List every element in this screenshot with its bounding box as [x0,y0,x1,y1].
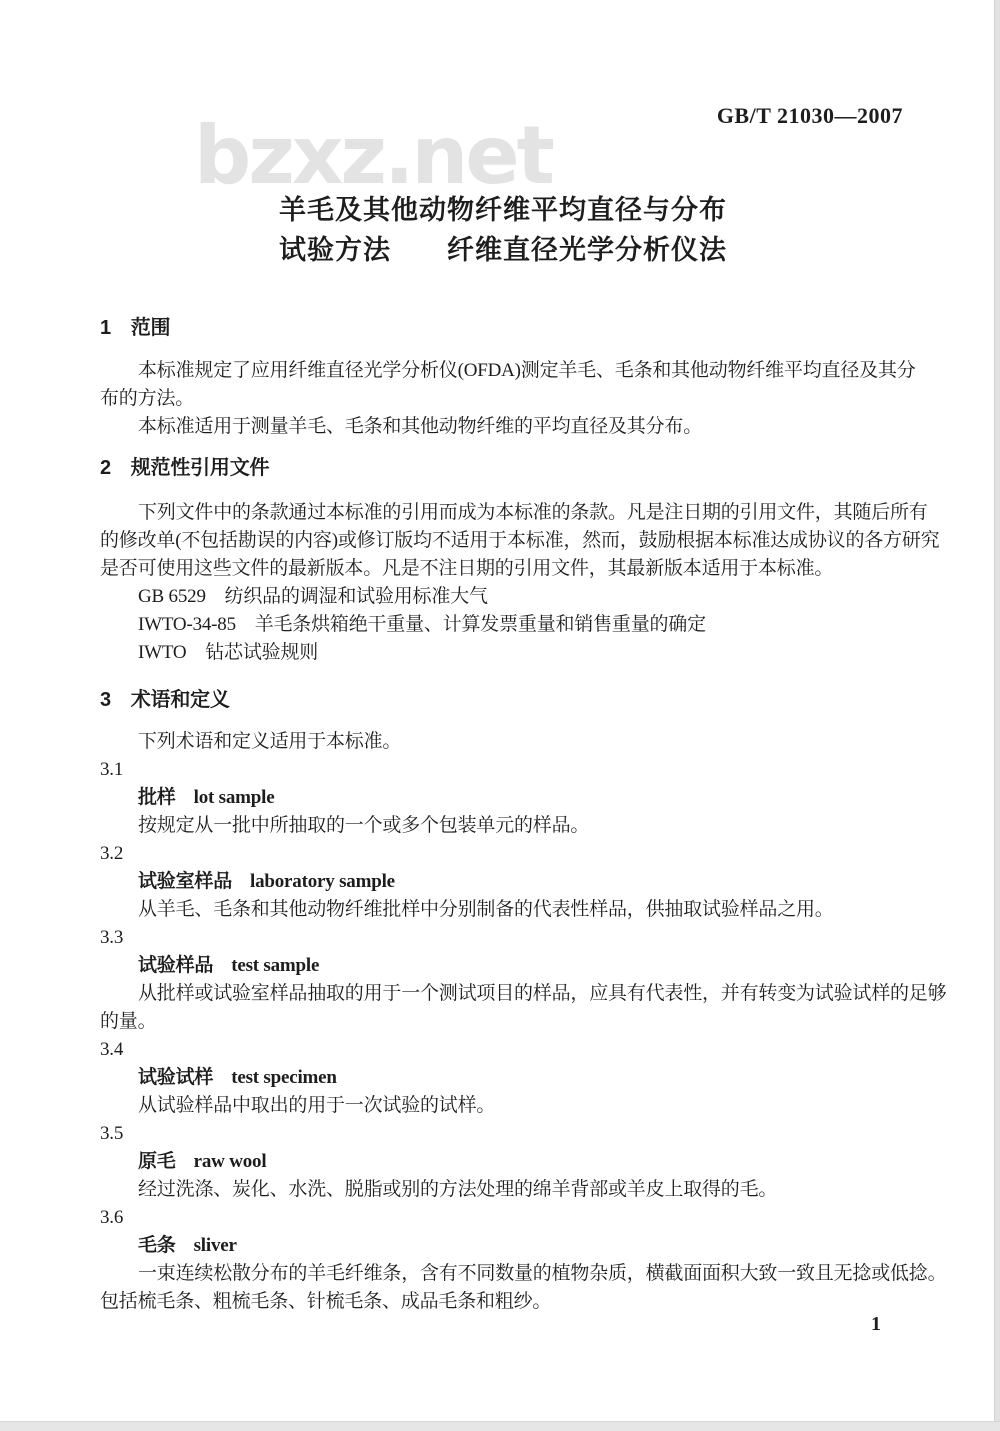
term-en-label: lot sample [194,787,275,808]
paragraph-line: 是否可使用这些文件的最新版本。凡是不注日期的引用文件，其最新版本适用于本标准。 [100,555,906,583]
term-definition-line: 包括梳毛条、粗梳毛条、针梳毛条、成品毛条和粗纱。 [100,1288,906,1316]
term-definition-line: 按规定从一批中所抽取的一个或多个包装单元的样品。 [100,812,906,840]
section-3-heading: 3 术语和定义 [100,686,906,714]
term-title: 试验试样test specimen [100,1064,906,1092]
page-number: 1 [871,1310,881,1338]
document-body: 1 范围 本标准规定了应用纤维直径光学分析仪(OFDA)测定羊毛、毛条和其他动物… [100,0,906,1316]
term-title: 试验样品test sample [100,952,906,980]
section-2-heading: 2 规范性引用文件 [100,454,906,482]
reference-item: IWTO 钻芯试验规则 [100,639,906,667]
term-zh-label: 批样 [138,787,176,808]
term-en-label: laboratory sample [250,871,395,892]
term-definition-line: 一束连续松散分布的羊毛纤维条，含有不同数量的植物杂质，横截面面积大致一致且无捻或… [100,1260,906,1288]
reference-item: IWTO-34-85 羊毛条烘箱绝干重量、计算发票重量和销售重量的确定 [100,611,906,639]
term-number: 3.1 [100,756,906,784]
term-definition-line: 经过洗涤、炭化、水洗、脱脂或别的方法处理的绵羊背部或羊皮上取得的毛。 [100,1176,906,1204]
term-en-label: sliver [194,1235,237,1256]
term-number: 3.4 [100,1036,906,1064]
term-zh-label: 试验试样 [138,1067,213,1088]
paragraph-line: 布的方法。 [100,385,906,413]
term-title: 批样lot sample [100,784,906,812]
term-en-label: test specimen [231,1067,337,1088]
reference-item: GB 6529 纺织品的调湿和试验用标准大气 [100,583,906,611]
section-1-heading: 1 范围 [100,314,906,342]
term-title: 试验室样品laboratory sample [100,868,906,896]
term-title: 原毛raw wool [100,1148,906,1176]
paragraph-line: 本标准适用于测量羊毛、毛条和其他动物纤维的平均直径及其分布。 [100,413,906,441]
paragraph-line: 下列文件中的条款通过本标准的引用而成为本标准的条款。凡是注日期的引用文件，其随后… [100,499,906,527]
term-number: 3.6 [100,1204,906,1232]
term-en-label: raw wool [194,1151,267,1172]
term-en-label: test sample [231,955,319,976]
term-number: 3.3 [100,924,906,952]
term-definition-line: 从羊毛、毛条和其他动物纤维批样中分别制备的代表性样品，供抽取试验样品之用。 [100,896,906,924]
term-zh-label: 试验样品 [138,955,213,976]
term-number: 3.2 [100,840,906,868]
paragraph-line: 本标准规定了应用纤维直径光学分析仪(OFDA)测定羊毛、毛条和其他动物纤维平均直… [100,357,906,385]
term-definition-line: 从试验样品中取出的用于一次试验的试样。 [100,1092,906,1120]
scan-edge-right [994,0,1000,1431]
term-zh-label: 原毛 [138,1151,176,1172]
term-zh-label: 毛条 [138,1235,176,1256]
term-zh-label: 试验室样品 [138,871,232,892]
paragraph-line: 下列术语和定义适用于本标准。 [100,728,906,756]
term-title: 毛条sliver [100,1232,906,1260]
scan-edge-bottom [0,1421,1000,1431]
standard-number: GB/T 21030—2007 [717,103,903,129]
term-definition-line: 从批样或试验室样品抽取的用于一个测试项目的样品，应具有代表性，并有转变为试验试样… [100,980,906,1008]
term-number: 3.5 [100,1120,906,1148]
term-definition-line: 的量。 [100,1008,906,1036]
document-page: bzxz.net GB/T 21030—2007 羊毛及其他动物纤维平均直径与分… [0,0,1000,1431]
paragraph-line: 的修改单(不包括勘误的内容)或修订版均不适用于本标准，然而，鼓励根据本标准达成协… [100,527,906,555]
